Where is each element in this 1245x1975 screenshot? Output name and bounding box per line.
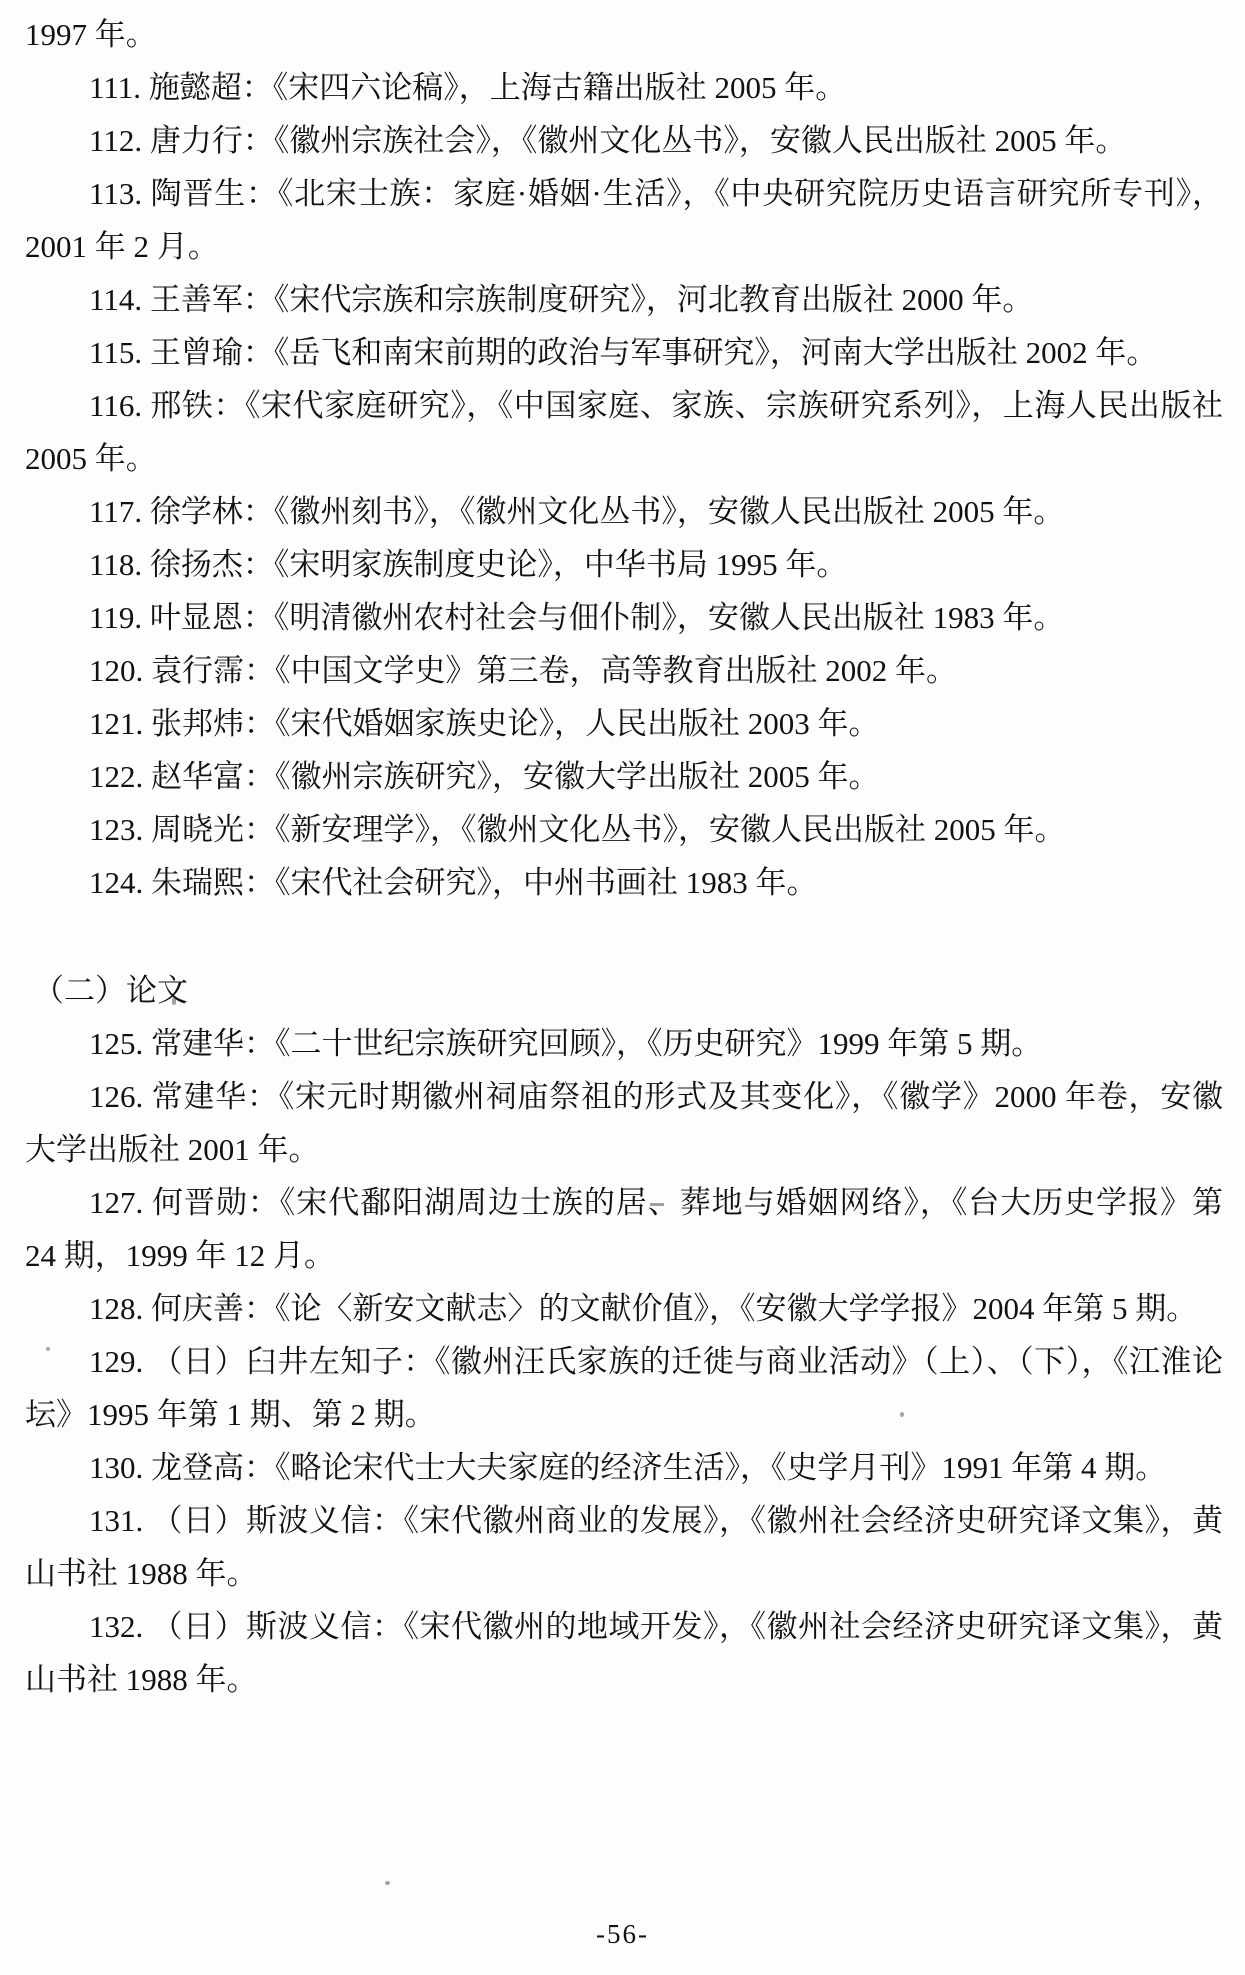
bibliography-entry: 119. 叶显恩：《明清徽州农村社会与佃仆制》，安徽人民出版社 1983 年。 bbox=[25, 591, 1223, 644]
books-list: 111. 施懿超：《宋四六论稿》，上海古籍出版社 2005 年。112. 唐力行… bbox=[25, 61, 1223, 909]
bibliography-entry: 125. 常建华：《二十世纪宗族研究回顾》，《历史研究》1999 年第 5 期。 bbox=[25, 1017, 1223, 1070]
scan-artifact bbox=[385, 1881, 390, 1885]
bibliography-entry: 120. 袁行霈：《中国文学史》第三卷，高等教育出版社 2002 年。 bbox=[25, 644, 1223, 697]
bibliography-entry: 116. 邢铁：《宋代家庭研究》，《中国家庭、家族、宗族研究系列》，上海人民出版… bbox=[25, 379, 1223, 485]
scan-artifact bbox=[46, 1347, 50, 1351]
page-number: -56- bbox=[596, 1919, 649, 1949]
carryover-line: 1997 年。 bbox=[25, 8, 1223, 61]
bibliography-entry: 121. 张邦炜：《宋代婚姻家族史论》，人民出版社 2003 年。 bbox=[25, 697, 1223, 750]
section-heading: （二）论文 bbox=[25, 964, 1223, 1017]
articles-list: 125. 常建华：《二十世纪宗族研究回顾》，《历史研究》1999 年第 5 期。… bbox=[25, 1017, 1223, 1706]
bibliography-entry: 122. 赵华富：《徽州宗族研究》，安徽大学出版社 2005 年。 bbox=[25, 750, 1223, 803]
scan-artifact bbox=[900, 1412, 904, 1417]
bibliography-entry: 131. （日）斯波义信：《宋代徽州商业的发展》，《徽州社会经济史研究译文集》，… bbox=[25, 1494, 1223, 1600]
bibliography-entry: 117. 徐学林：《徽州刻书》，《徽州文化丛书》，安徽人民出版社 2005 年。 bbox=[25, 485, 1223, 538]
bibliography-entry: 129. （日）臼井左知子：《徽州汪氏家族的迁徙与商业活动》（上）、（下），《江… bbox=[25, 1335, 1223, 1441]
bibliography-entry: 115. 王曾瑜：《岳飞和南宋前期的政治与军事研究》，河南大学出版社 2002 … bbox=[25, 326, 1223, 379]
bibliography-entry: 118. 徐扬杰：《宋明家族制度史论》，中华书局 1995 年。 bbox=[25, 538, 1223, 591]
bibliography-entry: 123. 周晓光：《新安理学》，《徽州文化丛书》，安徽人民出版社 2005 年。 bbox=[25, 803, 1223, 856]
bibliography-entry: 130. 龙登高：《略论宋代士大夫家庭的经济生活》，《史学月刊》1991 年第 … bbox=[25, 1441, 1223, 1494]
bibliography-entry: 124. 朱瑞熙：《宋代社会研究》，中州书画社 1983 年。 bbox=[25, 856, 1223, 909]
page-footer: -56- bbox=[0, 1908, 1245, 1961]
bibliography-entry: 113. 陶晋生：《北宋士族：家庭·婚姻·生活》，《中央研究院历史语言研究所专刊… bbox=[25, 167, 1223, 273]
bibliography-entry: 126. 常建华：《宋元时期徽州祠庙祭祖的形式及其变化》，《徽学》2000 年卷… bbox=[25, 1070, 1223, 1176]
bibliography-entry: 127. 何晋勋：《宋代鄱阳湖周边士族的居、葬地与婚姻网络》，《台大历史学报》第… bbox=[25, 1176, 1223, 1282]
bibliography-entry: 128. 何庆善：《论〈新安文献志〉的文献价值》，《安徽大学学报》2004 年第… bbox=[25, 1282, 1223, 1335]
scan-artifact bbox=[650, 1203, 664, 1206]
bibliography-entry: 112. 唐力行：《徽州宗族社会》，《徽州文化丛书》，安徽人民出版社 2005 … bbox=[25, 114, 1223, 167]
bibliography-entry: 132. （日）斯波义信：《宋代徽州的地域开发》，《徽州社会经济史研究译文集》，… bbox=[25, 1600, 1223, 1706]
bibliography-entry: 111. 施懿超：《宋四六论稿》，上海古籍出版社 2005 年。 bbox=[25, 61, 1223, 114]
scan-artifact bbox=[172, 998, 176, 1005]
document-page: 1997 年。 111. 施懿超：《宋四六论稿》，上海古籍出版社 2005 年。… bbox=[0, 0, 1245, 1975]
bibliography-entry: 114. 王善军：《宋代宗族和宗族制度研究》，河北教育出版社 2000 年。 bbox=[25, 273, 1223, 326]
